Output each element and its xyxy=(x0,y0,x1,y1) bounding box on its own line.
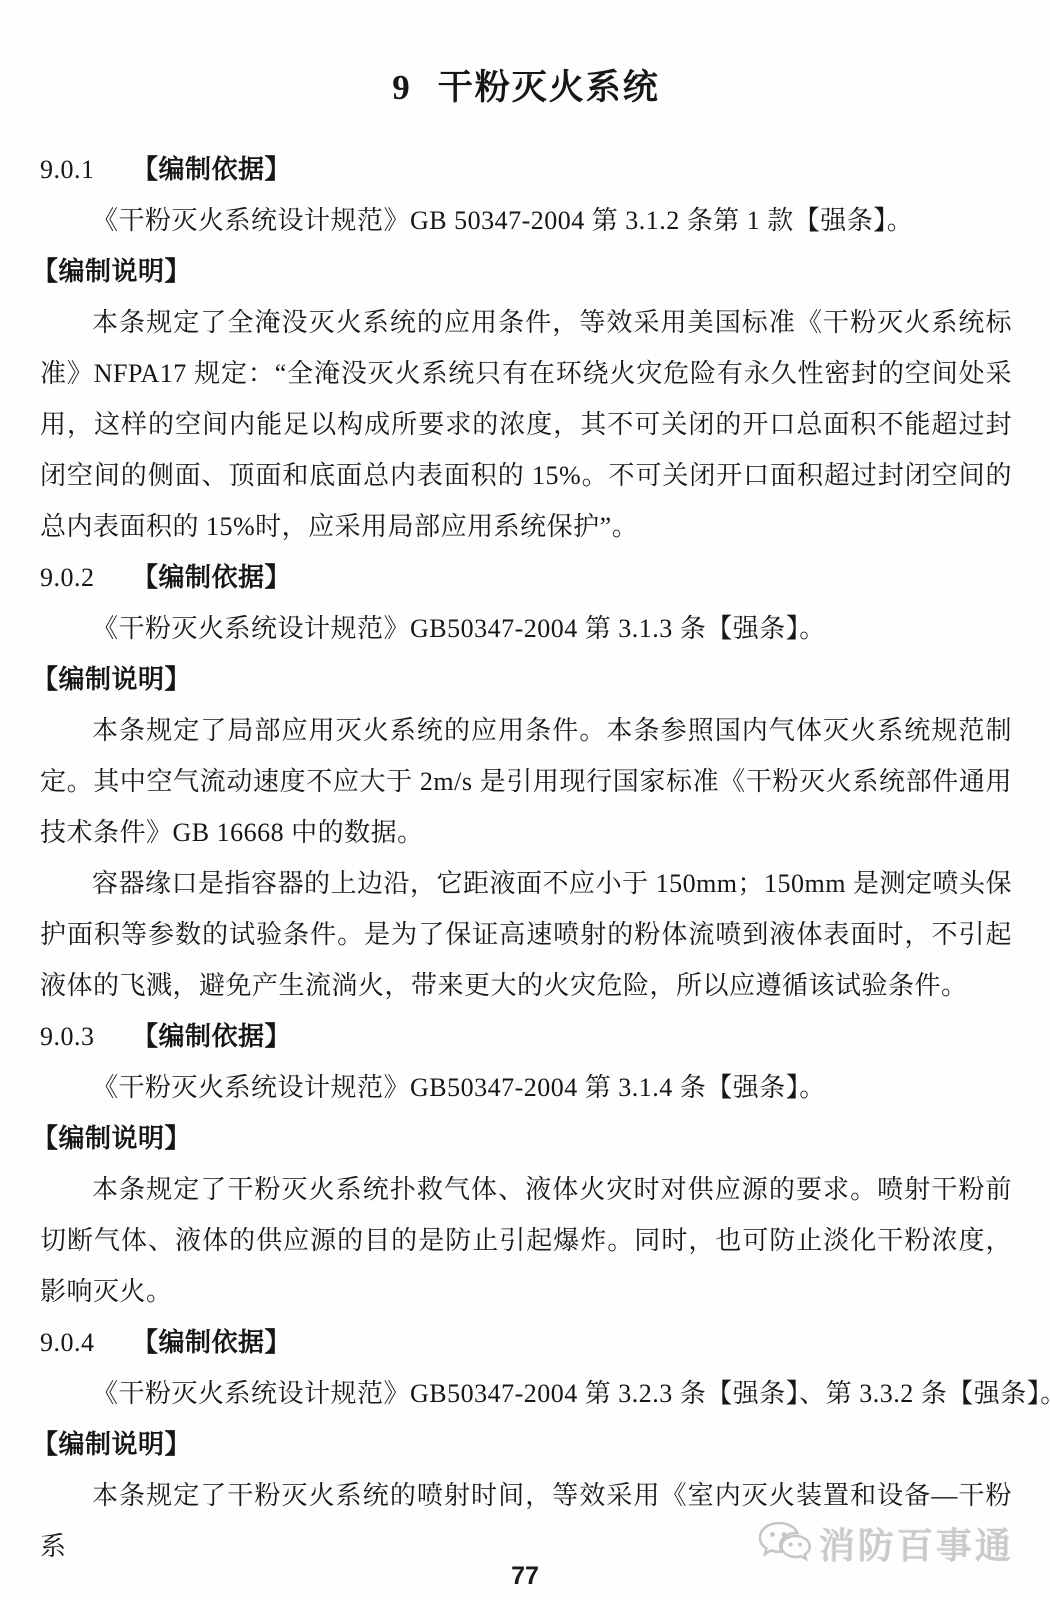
basis-citation: 《干粉灭火系统设计规范》GB50347-2004 第 3.1.3 条【强条】。 xyxy=(40,603,1012,654)
page-title: 9干粉灭火系统 xyxy=(40,0,1012,110)
chapter-title-text: 干粉灭火系统 xyxy=(438,68,660,107)
basis-label: 【编制依据】 xyxy=(132,1022,291,1051)
explanation-paragraph: 本条规定了全淹没灭火系统的应用条件，等效采用美国标准《干粉灭火系统标准》NFPA… xyxy=(40,297,1012,552)
section-number: 9.0.4 xyxy=(40,1317,96,1368)
basis-label: 【编制依据】 xyxy=(132,1328,291,1357)
section-9-0-3-heading: 9.0.3【编制依据】 xyxy=(40,1011,1012,1062)
explanation-label: 【编制说明】 xyxy=(32,246,1012,297)
section-number: 9.0.2 xyxy=(40,552,96,603)
explanation-label: 【编制说明】 xyxy=(32,654,1012,705)
basis-label: 【编制依据】 xyxy=(132,563,291,592)
section-9-0-1-heading: 9.0.1【编制依据】 xyxy=(40,144,1012,195)
basis-citation: 《干粉灭火系统设计规范》GB 50347-2004 第 3.1.2 条第 1 款… xyxy=(40,195,1012,246)
title-spacer xyxy=(40,110,1012,144)
section-9-0-2-heading: 9.0.2【编制依据】 xyxy=(40,552,1012,603)
page-number: 77 xyxy=(0,1562,1050,1591)
chapter-number: 9 xyxy=(392,68,412,107)
explanation-label: 【编制说明】 xyxy=(32,1113,1012,1164)
basis-citation: 《干粉灭火系统设计规范》GB50347-2004 第 3.1.4 条【强条】。 xyxy=(40,1062,1012,1113)
page-content: 9干粉灭火系统 9.0.1【编制依据】 《干粉灭火系统设计规范》GB 50347… xyxy=(40,0,1012,1572)
document-page: 9干粉灭火系统 9.0.1【编制依据】 《干粉灭火系统设计规范》GB 50347… xyxy=(0,0,1050,1600)
wechat-bubbles-icon xyxy=(757,1519,813,1569)
basis-citation: 《干粉灭火系统设计规范》GB50347-2004 第 3.2.3 条【强条】、第… xyxy=(40,1368,1012,1419)
basis-label: 【编制依据】 xyxy=(132,155,291,184)
explanation-paragraph: 本条规定了干粉灭火系统扑救气体、液体火灾时对供应源的要求。喷射干粉前切断气体、液… xyxy=(40,1164,1012,1317)
section-9-0-4-heading: 9.0.4【编制依据】 xyxy=(40,1317,1012,1368)
section-number: 9.0.3 xyxy=(40,1011,96,1062)
section-number: 9.0.1 xyxy=(40,144,96,195)
explanation-paragraph: 容器缘口是指容器的上边沿，它距液面不应小于 150mm；150mm 是测定喷头保… xyxy=(40,858,1012,1011)
explanation-label: 【编制说明】 xyxy=(32,1419,1012,1470)
explanation-paragraph: 本条规定了局部应用灭火系统的应用条件。本条参照国内气体灭火系统规范制定。其中空气… xyxy=(40,705,1012,858)
